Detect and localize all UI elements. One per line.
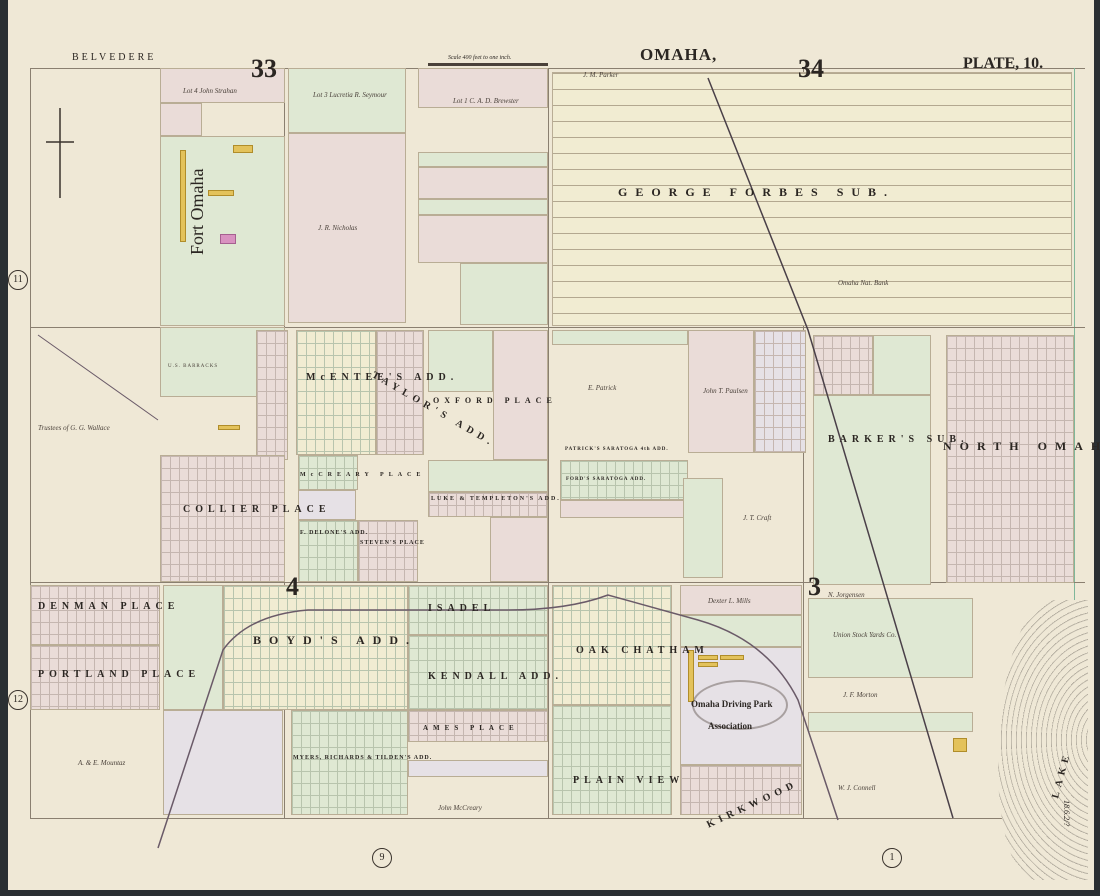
delones-add-label: F. DELONE'S ADD. — [300, 530, 368, 536]
mccreary-place-label: McCREARY PLACE — [300, 472, 425, 478]
belvedere-label: BELVEDERE — [72, 53, 156, 63]
owner-mountaz: A. & E. Mountaz — [78, 760, 125, 767]
fort-omaha-label: Fort Omaha — [188, 169, 206, 255]
oak-chatham-label: OAK CHATHAM — [576, 646, 709, 656]
owner-wallace: Trustees of G. G. Wallace — [38, 425, 110, 432]
owner-brewster: Lot 1 C. A. D. Brewster — [453, 98, 519, 105]
scale-text: Scale 400 feet to one inch. — [448, 55, 511, 61]
owner-seymour: Lot 3 Lucretia R. Seymour — [313, 92, 387, 99]
collier-place-label: COLLIER PLACE — [183, 505, 331, 515]
owner-jm-parker: J. M. Parker — [583, 72, 618, 79]
owner-mills: Dexter L. Mills — [708, 598, 751, 605]
luke-templeton-label: LUKE & TEMPLETON'S ADD. — [431, 496, 561, 502]
section-4-number: 4 — [286, 574, 299, 600]
oxford-place-label: OXFORD PLACE — [433, 397, 557, 405]
george-forbes-sub-label: GEORGE FORBES SUB. — [618, 186, 895, 198]
owner-union-stock-yards: Union Stock Yards Co. — [833, 632, 896, 639]
section-3-number: 3 — [808, 574, 821, 600]
frame-left — [0, 0, 8, 896]
adjoining-plate-12: 12 — [8, 690, 28, 710]
owner-paulsen: John T. Paulsen — [703, 388, 748, 395]
plate-number: PLATE, 10. — [963, 56, 1043, 72]
section-33-number: 33 — [251, 56, 277, 82]
denman-place-label: DENMAN PLACE — [38, 602, 179, 612]
owner-nicholas: J. R. Nicholas — [318, 225, 357, 232]
ames-place-label: AMES PLACE — [423, 725, 519, 732]
myers-richards-tilden-label: MYERS, RICHARDS & TILDEN'S ADD. — [293, 755, 432, 761]
owner-jorgensen: N. Jorgensen — [828, 592, 865, 599]
map-title: OMAHA, — [640, 46, 717, 63]
isadel-label: ISADEL — [428, 604, 495, 614]
railroad-lines — [8, 0, 1094, 890]
patricks-saratoga-label: PATRICK'S SARATOGA 4th ADD. — [565, 447, 669, 452]
portland-place-label: PORTLAND PLACE — [38, 670, 200, 680]
fords-saratoga-label: FORD'S SARATOGA ADD. — [566, 477, 646, 482]
boyds-add-label: BOYD'S ADD. — [253, 634, 417, 646]
side-note: 18.6.2/? — [1062, 800, 1070, 826]
adjoining-plate-11: 11 — [8, 270, 28, 290]
scale-bar — [428, 63, 548, 66]
owner-omaha-nat-bank: Omaha Nat. Bank — [838, 280, 888, 287]
north-omaha-label: NORTH OMAHA — [943, 440, 1100, 452]
owner-mccreary: John McCreary — [438, 805, 482, 812]
plain-view-label: PLAIN VIEW — [573, 776, 684, 786]
adjoining-plate-9: 9 — [372, 848, 392, 868]
adjoining-plate-1: 1 — [882, 848, 902, 868]
driving-park-association-label: Association — [708, 722, 752, 731]
section-34-number: 34 — [798, 56, 824, 82]
kendall-add-label: KENDALL ADD. — [428, 672, 563, 682]
map-sheet: BELVEDERE 33 34 4 3 OMAHA, PLATE, 10. Sc… — [8, 0, 1094, 890]
us-barracks-label: U.S. BARRACKS — [168, 364, 218, 369]
owner-strahan: Lot 4 John Strahan — [183, 88, 237, 95]
owner-jt-craft: J. T. Craft — [743, 515, 771, 522]
frame-bottom — [0, 890, 1100, 896]
compass-rose — [46, 108, 74, 198]
driving-park-label: Omaha Driving Park — [691, 700, 773, 709]
owner-e-patrick: E. Patrick — [588, 385, 616, 392]
owner-connell: W. J. Connell — [838, 785, 875, 792]
stevens-place-label: STEVEN'S PLACE — [360, 540, 425, 546]
owner-morton: J. F. Morton — [843, 692, 877, 699]
